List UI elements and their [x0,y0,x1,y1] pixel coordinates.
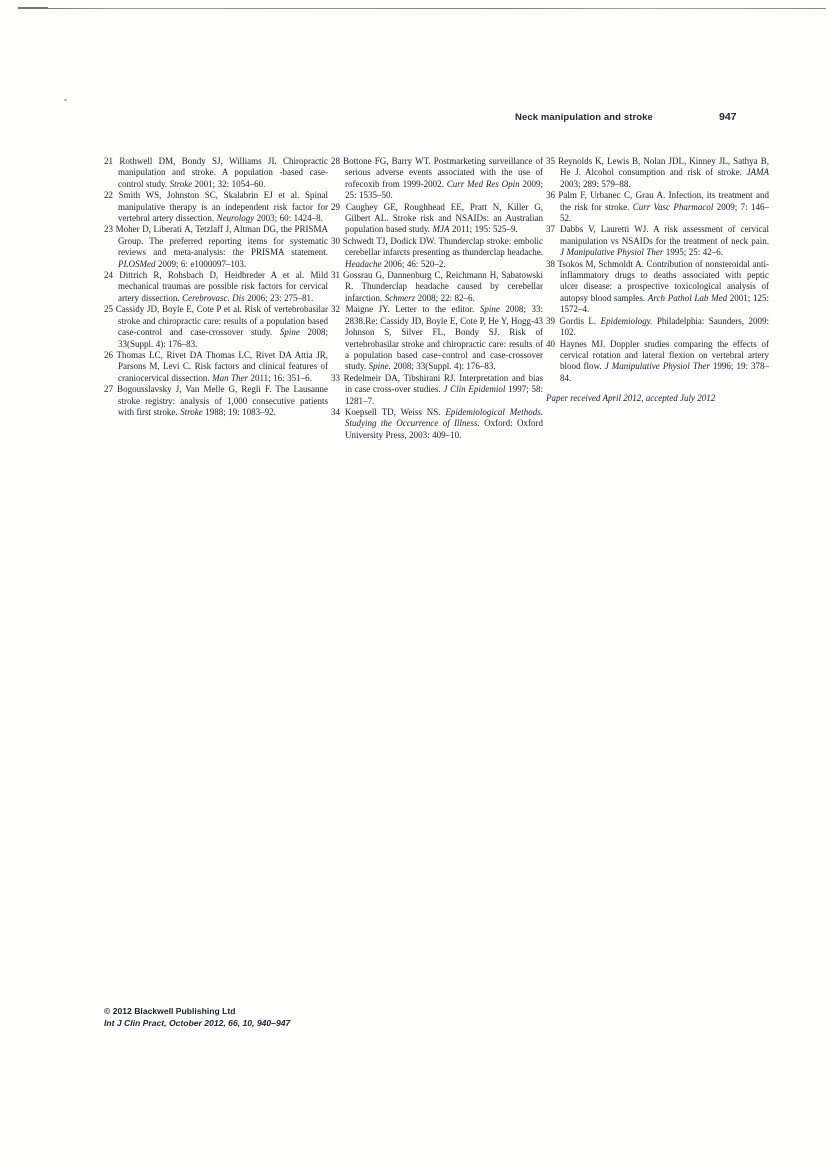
reference-item: 31 Gossrau G, Dannenburg C, Reichmann H,… [331,270,543,304]
reference-item: 26 Thomas LC, Rivet DA Thomas LC, Rivet … [104,350,328,384]
journal-name: Cerebrovasc. Dis [182,293,245,303]
reference-number: 28 [331,156,343,166]
reference-item: 24 Dittrich R, Rohsbach D, Heidbreder A … [104,270,328,304]
journal-name: Spine [480,304,500,314]
reference-item: 30 Schwedt TJ, Dodick DW. Thunderclap st… [331,236,543,270]
reference-text: 2001; 32: 1054–60. [192,179,265,189]
reference-text: Koepsell TD, Weiss NS. [345,407,445,417]
reference-item: 25 Cassidy JD, Boyle E, Cote P et al. Ri… [104,304,328,350]
reference-column: 21 Rothwell DM, Bondy SJ, Williams JI. C… [104,156,328,441]
references-columns: 21 Rothwell DM, Bondy SJ, Williams JI. C… [104,156,769,441]
reference-text: 2011; 16: 351–6. [248,373,312,383]
reference-text: 2006; 23: 275–81. [245,293,314,303]
reference-number: 34 [331,407,345,417]
reference-number: 37 [546,224,560,234]
scan-artifact-tick [18,7,48,9]
reference-text: Schwedt TJ, Dodick DW. Thunderclap strok… [343,236,543,257]
reference-text: Maigne JY. Letter to the editor. [346,304,480,314]
reference-item: 40 Haynes MJ. Doppler studies comparing … [546,339,769,385]
reference-text: Dabbs V, Lauretti WJ. A risk assessment … [560,224,769,245]
reference-item: 37 Dabbs V, Lauretti WJ. A risk assessme… [546,224,769,258]
journal-name: Arch Pathol Lab Med [648,293,727,303]
journal-name: JAMA [747,167,770,177]
reference-text: Gordis L. [559,316,600,326]
journal-name: Curr Vasc Pharmacol [633,202,714,212]
journal-name: J Manipulative Physiol Ther [560,247,663,257]
journal-name: Neurology [217,213,255,223]
journal-name: Stroke [170,179,193,189]
reference-item: 32 Maigne JY. Letter to the editor. Spin… [331,304,543,372]
reference-number: 38 [546,259,558,269]
reference-text: Reynolds K, Lewis B, Nolan JDL, Kinney J… [558,156,769,177]
reference-number: 23 [104,224,116,234]
reference-text: 2008; 22: 82–6. [415,293,475,303]
reference-text: 2008; 33(Suppl. 4): 176–83. [391,361,496,371]
reference-number: 21 [104,156,119,166]
reference-number: 33 [331,373,344,383]
reference-number: 30 [331,236,343,246]
journal-name: Stroke [180,407,203,417]
reference-item: 28 Bottone FG, Barry WT. Postmarketing s… [331,156,543,202]
journal-page: Neck manipulation and stroke 947 21 Roth… [0,0,828,1169]
reference-text: 2003; 60: 1424–8. [254,213,323,223]
reference-number: 22 [104,190,119,200]
journal-name: J Manipulative Physiol Ther [605,361,710,371]
reference-number: 24 [104,270,119,280]
journal-name: PLOSMed [118,259,156,269]
reference-text: 2011; 195: 525–9. [450,224,518,234]
reference-number: 39 [546,316,559,326]
journal-name: Man Ther [212,373,248,383]
reference-number: 36 [546,190,558,200]
reference-number: 35 [546,156,558,166]
reference-text: 2006; 46: 520–2. [381,259,445,269]
journal-citation-line: Int J Clin Pract, October 2012, 66, 10, … [104,1018,290,1030]
reference-item: 35 Reynolds K, Lewis B, Nolan JDL, Kinne… [546,156,769,190]
reference-item: 29 Caughey GE, Roughhead EE, Pratt N, Ki… [331,202,543,236]
reference-number: 31 [331,270,343,280]
reference-number: 40 [546,339,560,349]
reference-number: 25 [104,304,116,314]
reference-item: 39 Gordis L. Epidemiology. Philadelphia:… [546,316,769,339]
received-accepted-note: Paper received April 2012, accepted July… [546,393,769,404]
journal-name: Schmerz [385,293,416,303]
page-footer: © 2012 Blackwell Publishing Ltd Int J Cl… [104,1006,290,1029]
reference-item: 22 Smith WS, Johnston SC, Skalabrin EJ e… [104,190,328,224]
reference-text: 2003; 289: 579–88. [560,179,631,189]
reference-item: 33 Redelmeir DA, Tibshirani RJ. Interpre… [331,373,543,407]
reference-column: 28 Bottone FG, Barry WT. Postmarketing s… [331,156,543,441]
reference-number: 26 [104,350,117,360]
journal-name: Spine. [369,361,391,371]
reference-item: 38 Tsokos M, Schmoldt A. Contribution of… [546,259,769,316]
reference-text: 1988; 19: 1083–92. [203,407,276,417]
journal-name: Spine [280,327,300,337]
reference-item: 21 Rothwell DM, Bondy SJ, Williams JI. C… [104,156,328,190]
copyright-line: © 2012 Blackwell Publishing Ltd [104,1006,290,1018]
scan-artifact-speck [64,99,67,101]
reference-item: 36 Palm F, Urbanec C, Grau A. Infection,… [546,190,769,224]
scan-artifact-line [18,8,826,9]
journal-name: J Clin Epidemiol [443,384,505,394]
reference-text: Moher D, Liberati A, Tetzlaff J, Altman … [116,224,328,257]
journal-name: Headache [345,259,381,269]
reference-text: 2009; 6: e1000097–103. [156,259,247,269]
reference-item: 27 Bogousslavsky J, Van Melle G, Regli F… [104,384,328,418]
running-head-title: Neck manipulation and stroke [515,112,653,123]
reference-text: 1995; 25: 42–6. [663,247,723,257]
reference-item: 23 Moher D, Liberati A, Tetzlaff J, Altm… [104,224,328,270]
reference-number: 32 [331,304,346,314]
journal-name: Curr Med Res Opin [447,179,520,189]
page-number: 947 [719,111,737,123]
journal-name: Epidemiology. [601,316,653,326]
reference-number: 27 [104,384,117,394]
reference-number: 29 [331,202,346,212]
journal-name: MJA [433,224,450,234]
reference-column: 35 Reynolds K, Lewis B, Nolan JDL, Kinne… [546,156,769,441]
reference-item: 34 Koepsell TD, Weiss NS. Epidemiologica… [331,407,543,441]
